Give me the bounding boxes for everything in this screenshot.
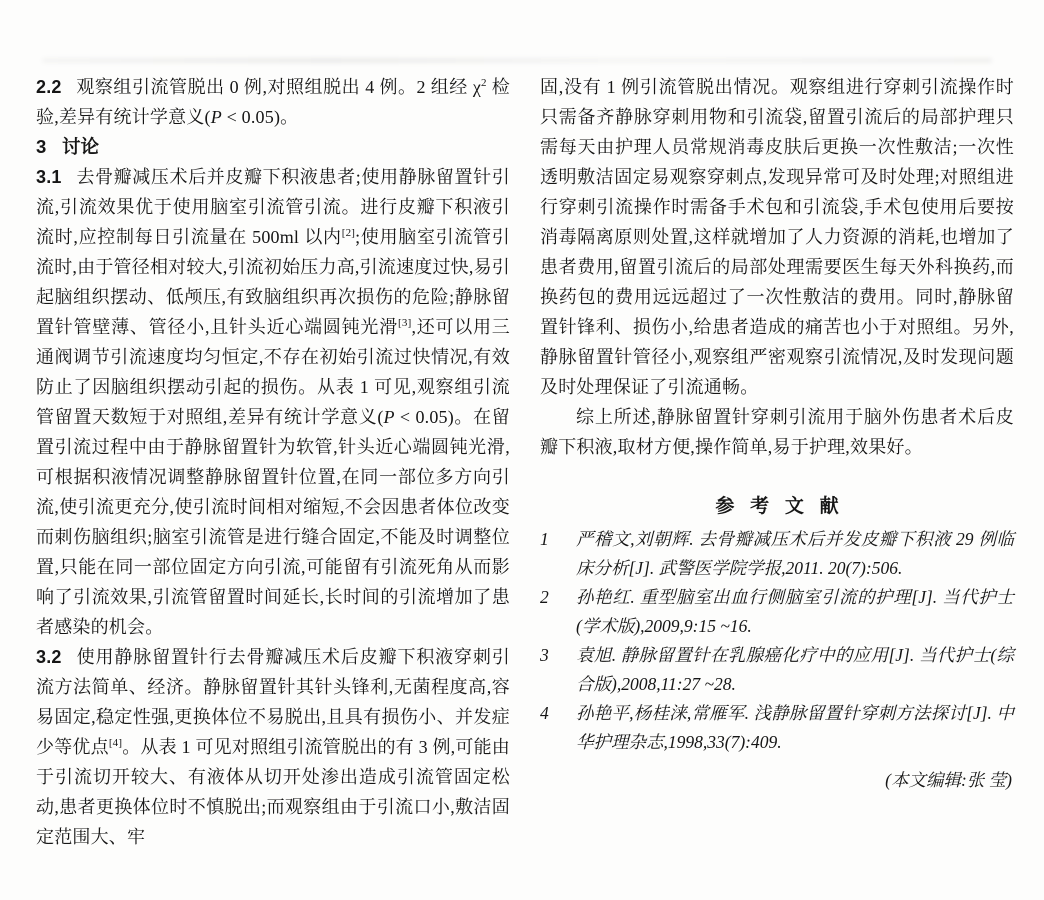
p-value-variable: P xyxy=(384,407,395,427)
discussion-heading: 3讨论 xyxy=(36,132,510,162)
reference-item-1: 1 严稽文,刘朝辉. 去骨瓣减压术后并发皮瓣下积液 29 例临床分析[J]. 武… xyxy=(540,525,1014,583)
p-value-variable: P xyxy=(211,107,222,127)
body-text-segment: 观察组引流管脱出 0 例,对照组脱出 4 例。2 组经 χ xyxy=(76,77,481,97)
reference-number: 1 xyxy=(540,525,576,583)
body-text-segment: < 0.05)。在留置引流过程中由于静脉留置针为软管,针头近心端圆钝光滑,可根据… xyxy=(36,407,510,637)
citation-marker: [2] xyxy=(342,227,355,239)
paper-page: 2.2观察组引流管脱出 0 例,对照组脱出 4 例。2 组经 χ2 检验,差异有… xyxy=(0,0,1044,900)
body-text-segment: < 0.05)。 xyxy=(222,107,298,127)
section-number: 3 xyxy=(36,136,46,157)
heading-title: 讨论 xyxy=(62,136,99,157)
section-number: 2.2 xyxy=(36,77,62,97)
citation-marker: [4] xyxy=(109,737,122,749)
reference-item-2: 2 孙艳红. 重型脑室出血行侧脑室引流的护理[J]. 当代护士(学术版),200… xyxy=(540,583,1014,641)
reference-text: 严稽文,刘朝辉. 去骨瓣减压术后并发皮瓣下积液 29 例临床分析[J]. 武警医… xyxy=(576,525,1014,583)
reference-item-4: 4 孙艳平,杨桂涞,常雁军. 浅静脉留置针穿刺方法探讨[J]. 中华护理杂志,1… xyxy=(540,699,1014,757)
reference-text: 孙艳红. 重型脑室出血行侧脑室引流的护理[J]. 当代护士(学术版),2009,… xyxy=(576,583,1014,641)
section-number: 3.2 xyxy=(36,647,62,667)
reference-text: 孙艳平,杨桂涞,常雁军. 浅静脉留置针穿刺方法探讨[J]. 中华护理杂志,199… xyxy=(576,699,1014,757)
section-3-2-paragraph: 3.2使用静脉留置针行去骨瓣减压术后皮瓣下积液穿刺引流方法简单、经济。静脉留置针… xyxy=(36,642,510,852)
editor-note: (本文编辑:张 莹) xyxy=(540,765,1014,795)
section-2-2-paragraph: 2.2观察组引流管脱出 0 例,对照组脱出 4 例。2 组经 χ2 检验,差异有… xyxy=(36,72,510,132)
right-column: 固,没有 1 例引流管脱出情况。观察组进行穿刺引流操作时只需备齐静脉穿刺用物和引… xyxy=(540,72,1014,852)
two-column-layout: 2.2观察组引流管脱出 0 例,对照组脱出 4 例。2 组经 χ2 检验,差异有… xyxy=(36,72,1014,852)
citation-marker: [3] xyxy=(398,317,411,329)
left-column: 2.2观察组引流管脱出 0 例,对照组脱出 4 例。2 组经 χ2 检验,差异有… xyxy=(36,72,510,852)
conclusion-paragraph: 综上所述,静脉留置针穿刺引流用于脑外伤患者术后皮瓣下积液,取材方便,操作简单,易… xyxy=(540,402,1014,462)
references-section: 参 考 文 献 1 严稽文,刘朝辉. 去骨瓣减压术后并发皮瓣下积液 29 例临床… xyxy=(540,492,1014,795)
references-heading: 参 考 文 献 xyxy=(540,492,1014,522)
reference-text: 袁旭. 静脉留置针在乳腺癌化疗中的应用[J]. 当代护士(综合版),2008,1… xyxy=(576,641,1014,699)
continuation-paragraph: 固,没有 1 例引流管脱出情况。观察组进行穿刺引流操作时只需备齐静脉穿刺用物和引… xyxy=(540,72,1014,402)
reference-number: 3 xyxy=(540,641,576,699)
reference-number: 4 xyxy=(540,699,576,757)
section-number: 3.1 xyxy=(36,167,62,187)
reference-number: 2 xyxy=(540,583,576,641)
scan-artifact xyxy=(42,58,992,63)
reference-item-3: 3 袁旭. 静脉留置针在乳腺癌化疗中的应用[J]. 当代护士(综合版),2008… xyxy=(540,641,1014,699)
section-3-1-paragraph: 3.1去骨瓣减压术后并皮瓣下积液患者;使用静脉留置针引流,引流效果优于使用脑室引… xyxy=(36,162,510,642)
